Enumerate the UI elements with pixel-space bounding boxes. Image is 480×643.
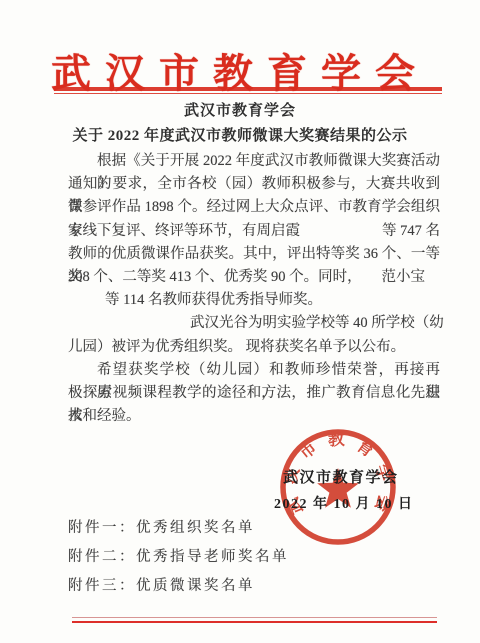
signature-date: 2022 年 10 月 10 日 [274,493,414,513]
attachment-item-2: 附件二：优秀指导老师奖名单 [68,545,289,574]
document-page: 武汉市教育学会 武汉市教育学会 关于 2022 年度武汉市教师微课大奖赛结果的公… [0,0,480,643]
footer-rule [72,617,437,623]
body-paragraphs: 根据《关于开展 2022 年度武汉市教师微课大奖赛活动的通知》要求，全市各校（园… [68,150,440,428]
body-line: 208 个、二等奖 413 个、优秀奖 90 个。同时，范小宝 [68,266,440,289]
official-seal: 武汉市教育学会 [277,426,399,548]
attachments-list: 附件一：优秀组织奖名单 附件二：优秀指导老师奖名单 附件三：优质微课奖名单 [68,516,289,603]
body-line: 课参评作品 1898 个。经过网上大众点评、市教育学会组织专 [68,196,440,219]
letterhead-rule-thick [54,87,442,91]
body-line: 武汉光谷为明实验学校等 40 所学校（幼 [68,312,440,335]
letterhead-rule-thin [54,93,442,94]
attachment-item-3: 附件三：优质微课奖名单 [68,574,289,603]
body-line: 儿园）被评为优秀组织奖。 现将获奖名单予以公布。 [68,336,440,359]
body-line: 家线下复评、终评等环节，有周启霞等 747 名 [68,220,440,243]
body-line: 等 114 名教师获得优秀指导师奖。 [68,289,440,312]
signature-org: 武汉市教育学会 [283,466,399,487]
body-line-right: 范小宝 [382,266,426,289]
body-line: 教师的优质微课作品获奖。其中，评出特等奖 36 个、一等奖 [68,243,440,266]
body-line: 术和经验。 [68,405,440,428]
body-line-left: 家线下复评、终评等环节，有周启霞 [68,220,300,243]
body-line-left: 208 个、二等奖 413 个、优秀奖 90 个。同时， [68,266,362,289]
attachment-item-1: 附件一：优秀组织奖名单 [68,516,289,545]
document-title: 武汉市教育学会 [0,99,480,120]
body-line: 希望获奖学校（幼儿园）和教师珍惜荣誉，再接再厉，积 [68,359,440,382]
body-line-right: 等 747 名 [382,220,440,243]
document-subject: 关于 2022 年度武汉市教师微课大奖赛结果的公示 [0,124,480,145]
body-line: 极探索视频课程教学的途径和方法，推广教育信息化先进技 [68,382,440,405]
body-line: 通知》要求，全市各校（园）教师积极参与，大赛共收到微 [68,173,440,196]
body-line: 根据《关于开展 2022 年度武汉市教师微课大奖赛活动的 [68,150,440,173]
